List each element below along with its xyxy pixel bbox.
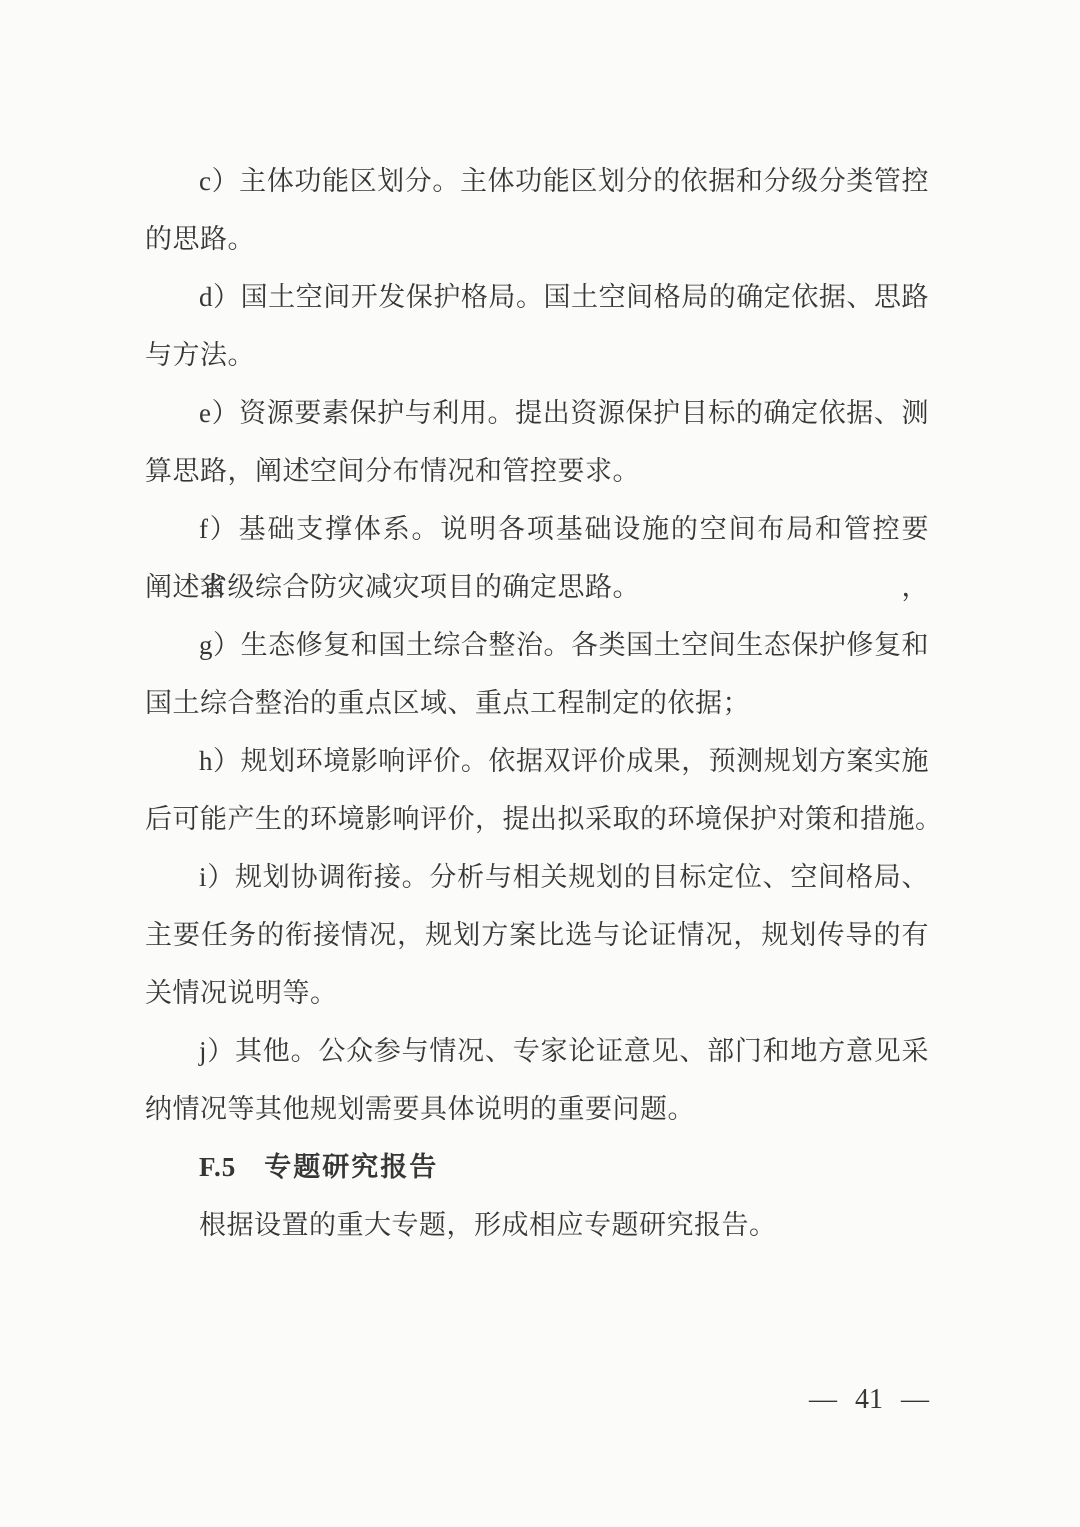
section-title: 专题研究报告 [264, 1152, 438, 1182]
paragraph-e-line-2: 算思路，阐述空间分布情况和管控要求。 [145, 442, 929, 500]
document-page: c）主体功能区划分。主体功能区划分的依据和分级分类管控 的思路。 d）国土空间开… [0, 0, 1080, 1527]
paragraph-j-line-2: 纳情况等其他规划需要具体说明的重要问题。 [145, 1080, 929, 1138]
page-footer: —41— [809, 1371, 929, 1429]
page-number: 41 [855, 1384, 883, 1415]
paragraph-j-line-1: j）其他。公众参与情况、专家论证意见、部门和地方意见采 [145, 1022, 929, 1080]
page-body: c）主体功能区划分。主体功能区划分的依据和分级分类管控 的思路。 d）国土空间开… [145, 152, 929, 1254]
section-heading-f5: F.5专题研究报告 [145, 1138, 929, 1196]
paragraph-e-line-1: e）资源要素保护与利用。提出资源保护目标的确定依据、测 [145, 384, 929, 442]
paragraph-c-line-1: c）主体功能区划分。主体功能区划分的依据和分级分类管控 [145, 152, 929, 210]
paragraph-i-line-3: 关情况说明等。 [145, 964, 929, 1022]
paragraph-g-line-1: g）生态修复和国土综合整治。各类国土空间生态保护修复和 [145, 616, 929, 674]
footer-dash-right: — [901, 1384, 929, 1415]
paragraph-f-line-1: f）基础支撑体系。说明各项基础设施的空间布局和管控要求， [145, 500, 929, 558]
paragraph-c-line-2: 的思路。 [145, 210, 929, 268]
footer-dash-left: — [809, 1384, 837, 1415]
paragraph-i-line-1: i）规划协调衔接。分析与相关规划的目标定位、空间格局、 [145, 848, 929, 906]
paragraph-h-line-2: 后可能产生的环境影响评价，提出拟采取的环境保护对策和措施。 [145, 790, 929, 848]
paragraph-g-line-2: 国土综合整治的重点区域、重点工程制定的依据； [145, 674, 929, 732]
paragraph-h-line-1: h）规划环境影响评价。依据双评价成果，预测规划方案实施 [145, 732, 929, 790]
section-number: F.5 [199, 1152, 236, 1182]
paragraph-i-line-2: 主要任务的衔接情况，规划方案比选与论证情况，规划传导的有 [145, 906, 929, 964]
closing-paragraph-line: 根据设置的重大专题，形成相应专题研究报告。 [145, 1196, 929, 1254]
paragraph-d-line-1: d）国土空间开发保护格局。国土空间格局的确定依据、思路 [145, 268, 929, 326]
paragraph-d-line-2: 与方法。 [145, 326, 929, 384]
